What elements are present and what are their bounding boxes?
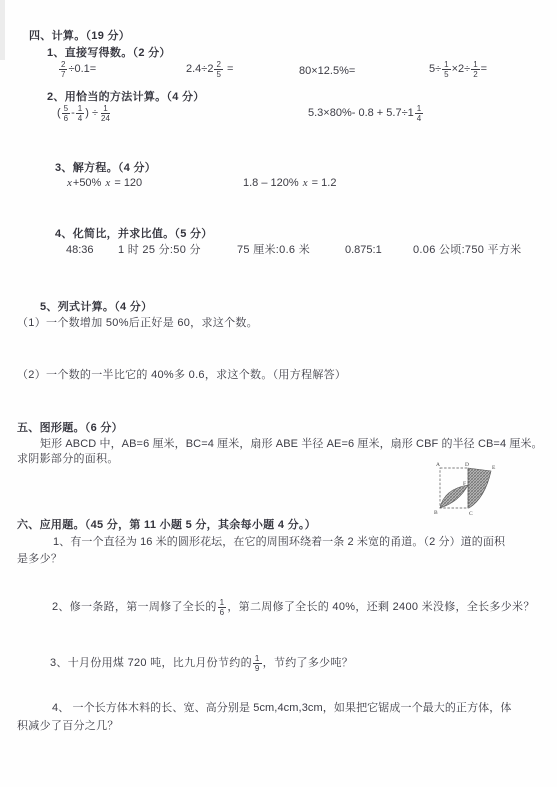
q3-equation-1: x+50% x = 120 xyxy=(66,177,142,191)
q2-expression-2: 5.3×80%- 0.8 + 5.7÷114 xyxy=(308,104,424,123)
section4-q3-heading: 3、解方程。（4 分） xyxy=(55,162,156,176)
geometry-figure-svg: A D E F B C xyxy=(430,458,508,518)
q5-problem-2: （2）一个数的一半比它的 40%多 0.6，求这个数。（用方程解答） xyxy=(17,369,346,383)
figure-label-b: B xyxy=(434,510,438,516)
q1-expression-3: 80×12.5%= xyxy=(299,65,355,79)
section6-q2: 2、修一条路，第一周修了全长的16，第二周修了全长的 40%，还剩 2400 米… xyxy=(52,598,535,617)
section6-q4-line1: 4、 一个长方体木料的长、宽、高分别是 5cm,4cm,3cm，如果把它锯成一个… xyxy=(52,702,511,716)
exam-page: 四、计算。（19 分） 1、直接写得数。（2 分） 27÷0.1= 2.4÷22… xyxy=(0,0,557,787)
q1-expression-1: 27÷0.1= xyxy=(58,60,96,79)
q1-expression-4: 5÷15×2÷12= xyxy=(429,60,487,79)
section5-body-line1: 矩形 ABCD 中，AB=6 厘米，BC=4 厘米，扇形 ABE 半径 AE=6… xyxy=(40,438,543,452)
geometry-figure: A D E F B C xyxy=(430,458,508,523)
section6-q1-line2: 是多少？ xyxy=(17,553,62,567)
section4-heading: 四、计算。（19 分） xyxy=(29,30,130,44)
q2-expression-1: (56-14) ÷124 xyxy=(57,104,113,123)
section4-q5-heading: 5、列式计算。（4 分） xyxy=(40,301,152,315)
shaded-lens xyxy=(440,485,468,508)
q1-expression-2: 2.4÷225 = xyxy=(186,60,233,79)
section6-q3: 3、十月份用煤 720 吨，比九月份节约的19，节约了多少吨？ xyxy=(50,654,353,673)
section4-q1-heading: 1、直接写得数。（2 分） xyxy=(47,47,171,61)
figure-label-f: F xyxy=(463,481,466,487)
q4-ratio-4: 0.875:1 xyxy=(345,244,382,258)
section5-body-line2: 求阴影部分的面积。 xyxy=(17,453,119,467)
q3-equation-2: 1.8 – 120% x = 1.2 xyxy=(243,177,336,191)
figure-label-a: A xyxy=(436,462,440,468)
q4-ratio-5: 0.06 公顷:750 平方米 xyxy=(413,244,521,258)
section5-heading: 五、图形题。（6 分） xyxy=(17,422,123,436)
q4-ratio-2: 1 时 25 分:50 分 xyxy=(118,244,201,258)
section6-q1-line1: 1、有一个直径为 16 米的圆形花坛，在它的周围环绕着一条 2 米宽的甬道。（2… xyxy=(53,536,505,550)
section6-q4-line2: 积减少了百分之几？ xyxy=(17,720,119,734)
section6-heading: 六、应用题。（45 分，第 11 小题 5 分，其余每小题 4 分。） xyxy=(17,519,316,533)
figure-label-d: D xyxy=(465,462,469,468)
figure-label-e: E xyxy=(492,465,496,471)
q5-problem-1: （1）一个数增加 50%后正好是 60，求这个数。 xyxy=(17,317,258,331)
section4-q2-heading: 2、用恰当的方法计算。（4 分） xyxy=(47,91,205,105)
q4-ratio-1: 48:36 xyxy=(66,244,94,258)
scan-artifact xyxy=(0,0,5,60)
figure-label-c: C xyxy=(469,511,473,517)
section4-q4-heading: 4、化简比，并求比值。（5 分） xyxy=(55,228,213,242)
q4-ratio-3: 75 厘米:0.6 米 xyxy=(237,244,310,258)
shaded-sector xyxy=(468,468,491,508)
